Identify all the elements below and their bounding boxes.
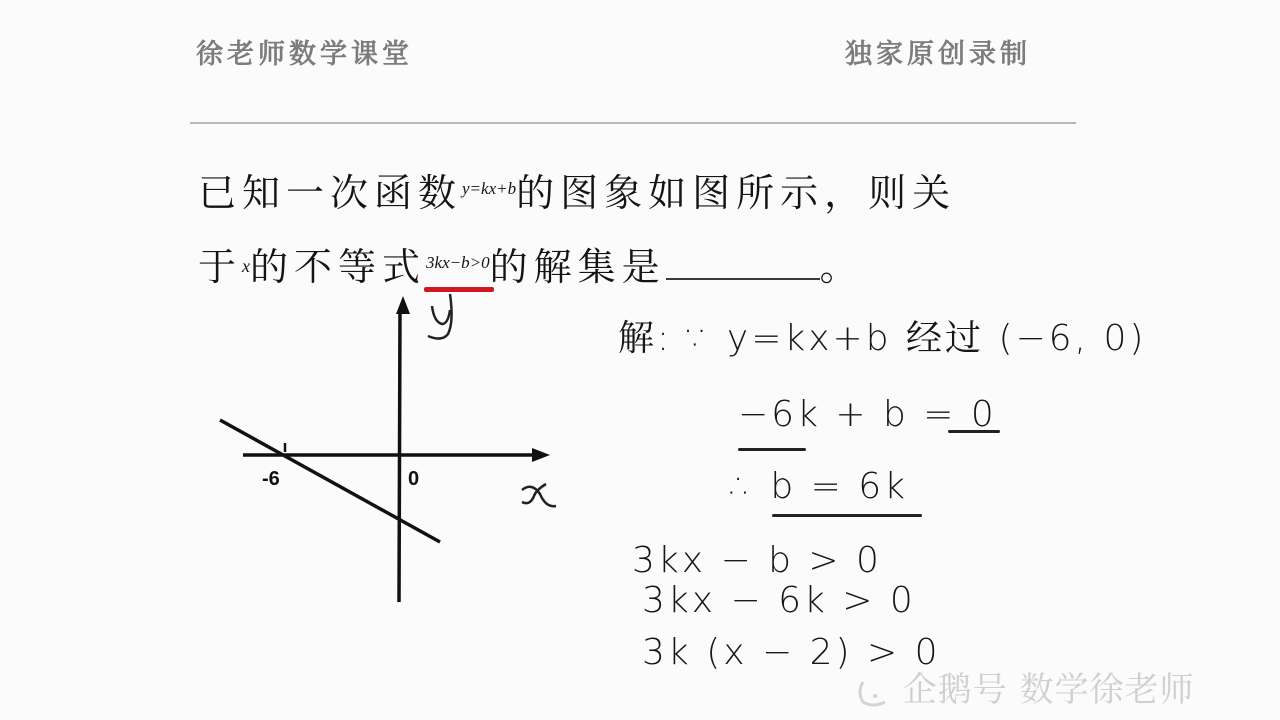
function-graph: -6 0 (200, 280, 570, 614)
solution-line-5: 3kx − 6k > 0 (642, 580, 916, 621)
question-text: 已知一次函数 (198, 171, 462, 215)
header-divider (190, 122, 1076, 124)
underline (738, 448, 806, 451)
penguin-icon (855, 677, 891, 707)
underline (948, 430, 1000, 433)
x-intercept-label: -6 (262, 468, 280, 491)
watermark-text: 企鹅号 数学徐老师 (903, 670, 1195, 710)
solution-line-1: 解: ∵ y=kx+b 经过 (−6, 0) (618, 310, 1146, 361)
x-axis-arrow-icon (532, 448, 550, 462)
solution-line-3: ∴ b = 6k (730, 466, 908, 507)
period: 。 (820, 245, 864, 289)
solution-line-2: −6k + b = 0 (738, 394, 997, 435)
inequality-expression-highlighted: 3kx−b>0 (426, 253, 490, 272)
variable-x: x (242, 256, 250, 276)
solution-line-4: 3kx − b > 0 (632, 540, 882, 581)
question-line-1: 已知一次函数y=kx+b的图象如图所示，则关 (198, 162, 956, 217)
function-expression: y=kx+b (462, 179, 516, 198)
original-recording-label: 独家原创录制 (845, 32, 1031, 71)
question-text: 的图象如图所示，则关 (516, 171, 956, 215)
answer-blank (666, 248, 820, 280)
origin-label: 0 (408, 468, 419, 491)
watermark: 企鹅号 数学徐老师 (855, 662, 1195, 711)
channel-title: 徐老师数学课堂 (196, 32, 413, 71)
underline (772, 514, 922, 517)
y-axis-arrow-icon (396, 296, 410, 314)
